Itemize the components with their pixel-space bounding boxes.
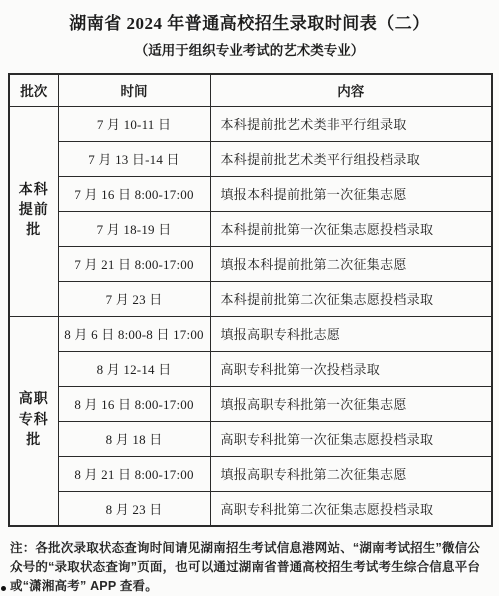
- table-row: 8 月 18 日 高职专科批第一次征集志愿投档录取: [9, 421, 492, 456]
- time-cell: 8 月 12-14 日: [58, 351, 210, 386]
- time-cell: 7 月 23 日: [58, 281, 210, 316]
- table-header-row: 批次 时间 内容: [9, 74, 492, 106]
- content-cell: 高职专科批第一次投档录取: [210, 351, 492, 386]
- page-subtitle: （适用于组织专业考试的艺术类专业）: [0, 42, 499, 60]
- content-cell: 填报本科提前批第二次征集志愿: [210, 246, 492, 281]
- batch-label: 本科提前批: [19, 181, 49, 242]
- time-cell: 8 月 21 日 8:00-17:00: [58, 456, 210, 491]
- table-row: 8 月 21 日 8:00-17:00 填报高职专科批第二次征集志愿: [9, 456, 492, 491]
- content-cell: 填报高职专科批志愿: [210, 316, 492, 351]
- content-cell: 高职专科批第二次征集志愿投档录取: [210, 491, 492, 526]
- table-row: 8 月 23 日 高职专科批第二次征集志愿投档录取: [9, 491, 492, 526]
- content-cell: 本科提前批第二次征集志愿投档录取: [210, 281, 492, 316]
- content-cell: 填报高职专科批第二次征集志愿: [210, 456, 492, 491]
- table-row: 7 月 18-19 日 本科提前批第一次征集志愿投档录取: [9, 211, 492, 246]
- col-header-time: 时间: [58, 74, 210, 106]
- time-cell: 8 月 23 日: [58, 491, 210, 526]
- time-cell: 7 月 13 日-14 日: [58, 141, 210, 176]
- table-row: 7 月 13 日-14 日 本科提前批艺术类平行组投档录取: [9, 141, 492, 176]
- content-cell: 填报高职专科批第一次征集志愿: [210, 386, 492, 421]
- content-cell: 本科提前批艺术类平行组投档录取: [210, 141, 492, 176]
- batch-cell-benke: 本科提前批: [9, 106, 58, 316]
- table-row: 高职专科批 8 月 6 日 8:00-8 日 17:00 填报高职专科批志愿: [9, 316, 492, 351]
- time-cell: 7 月 10-11 日: [58, 106, 210, 141]
- table-row: 7 月 21 日 8:00-17:00 填报本科提前批第二次征集志愿: [9, 246, 492, 281]
- time-cell: 7 月 21 日 8:00-17:00: [58, 246, 210, 281]
- footnote: 注：各批次录取状态查询时间请见湖南招生考试信息港网站、“湖南考试招生”微信公众号…: [10, 539, 491, 596]
- admission-schedule-table: 批次 时间 内容 本科提前批 7 月 10-11 日 本科提前批艺术类非平行组录…: [8, 73, 493, 527]
- table-row: 7 月 16 日 8:00-17:00 填报本科提前批第一次征集志愿: [9, 176, 492, 211]
- time-cell: 8 月 16 日 8:00-17:00: [58, 386, 210, 421]
- col-header-content: 内容: [210, 74, 492, 106]
- scan-artifact-dot: [1, 586, 6, 591]
- content-cell: 本科提前批第一次征集志愿投档录取: [210, 211, 492, 246]
- col-header-batch: 批次: [9, 74, 58, 106]
- page-title: 湖南省 2024 年普通高校招生录取时间表（二）: [0, 13, 499, 35]
- table-row: 8 月 12-14 日 高职专科批第一次投档录取: [9, 351, 492, 386]
- content-cell: 填报本科提前批第一次征集志愿: [210, 176, 492, 211]
- table-row: 本科提前批 7 月 10-11 日 本科提前批艺术类非平行组录取: [9, 106, 492, 141]
- table-row: 7 月 23 日 本科提前批第二次征集志愿投档录取: [9, 281, 492, 316]
- batch-cell-gaozhi: 高职专科批: [9, 316, 58, 526]
- time-cell: 7 月 18-19 日: [58, 211, 210, 246]
- content-cell: 本科提前批艺术类非平行组录取: [210, 106, 492, 141]
- content-cell: 高职专科批第一次征集志愿投档录取: [210, 421, 492, 456]
- table-row: 8 月 16 日 8:00-17:00 填报高职专科批第一次征集志愿: [9, 386, 492, 421]
- time-cell: 8 月 18 日: [58, 421, 210, 456]
- time-cell: 7 月 16 日 8:00-17:00: [58, 176, 210, 211]
- batch-label: 高职专科批: [19, 390, 49, 451]
- time-cell: 8 月 6 日 8:00-8 日 17:00: [58, 316, 210, 351]
